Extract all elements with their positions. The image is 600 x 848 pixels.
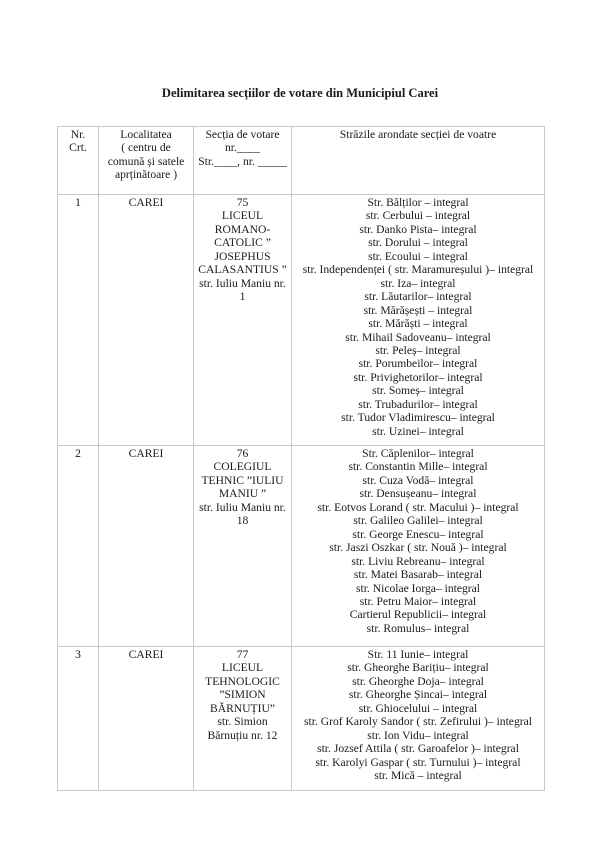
street-entry: Str. Bălților – integral [294,196,542,209]
street-entry: str. Matei Basarab– integral [294,568,542,581]
street-entry: str. Trubadurilor– integral [294,398,542,411]
table-row: 1CAREI75LICEULROMANO-CATOLIC ”JOSEPHUSCA… [58,195,545,446]
section-info-line: CALASANTIUS ” [196,263,289,276]
section-info-line: 75 [196,196,289,209]
street-entry: str. Uzinei– integral [294,425,542,438]
locality-name: CAREI [101,196,191,209]
page-title: Delimitarea secțiilor de votare din Muni… [0,86,600,101]
row-number: 3 [60,648,96,661]
section-info-line: Bărnuțiu nr. 12 [196,729,289,742]
street-entry: str. Karolyi Gaspar ( str. Turnului )– i… [294,756,542,769]
street-entry: str. Gheorghe Barițiu– integral [294,661,542,674]
header-localitate: Localitatea ( centru de comună și satele… [99,127,194,195]
header-sectie-votare: Secția de votare nr.____ Str.____, nr. _… [194,127,292,195]
section-info-line: MANIU ” [196,487,289,500]
street-entry: Cartierul Republicii– integral [294,608,542,621]
table-row: 3CAREI77LICEULTEHNOLOGIC”SIMIONBĂRNUȚIU”… [58,647,545,791]
street-entry: str. Constantin Mille– integral [294,460,542,473]
street-entry: str. Cuza Vodă– integral [294,474,542,487]
street-entry: str. Dorului – integral [294,236,542,249]
row-number: 2 [60,447,96,460]
street-entry: str. Eotvos Lorand ( str. Macului )– int… [294,501,542,514]
street-entry: str. Mărășești – integral [294,304,542,317]
table-row: 2CAREI76COLEGIULTEHNIC ”IULIUMANIU ”str.… [58,446,545,647]
table-body: 1CAREI75LICEULROMANO-CATOLIC ”JOSEPHUSCA… [58,195,545,791]
street-entry: str. Grof Karoly Sandor ( str. Zefirului… [294,715,542,728]
cell-strazi: Str. Bălților – integralstr. Cerbului – … [292,195,545,446]
street-entry: str. Mihail Sadoveanu– integral [294,331,542,344]
street-entry: str. Porumbeilor– integral [294,357,542,370]
street-entry: str. Privighetorilor– integral [294,371,542,384]
section-info-line: 18 [196,514,289,527]
street-entry: str. Romulus– integral [294,622,542,635]
street-entry: str. Ion Vidu– integral [294,729,542,742]
street-entry: str. Cerbului – integral [294,209,542,222]
cell-sectie-votare: 75LICEULROMANO-CATOLIC ”JOSEPHUSCALASANT… [194,195,292,446]
street-entry: str. George Enescu– integral [294,528,542,541]
cell-localitate: CAREI [99,647,194,791]
street-entry: str. Tudor Vladimirescu– integral [294,411,542,424]
street-entry: str. Danko Pista– integral [294,223,542,236]
section-info-line: ROMANO- [196,223,289,236]
section-info-line: LICEUL [196,661,289,674]
section-info-line: str. Iuliu Maniu nr. [196,501,289,514]
street-entry: str. Someș– integral [294,384,542,397]
cell-strazi: Str. Căplenilor– integralstr. Constantin… [292,446,545,647]
cell-strazi: Str. 11 Iunie– integralstr. Gheorghe Bar… [292,647,545,791]
section-info-line: 77 [196,648,289,661]
street-entry: str. Gheorghe Doja– integral [294,675,542,688]
header-nr-crt: Nr. Crt. [58,127,99,195]
header-strazi-arondate: Străzile arondate secției de voatre [292,127,545,195]
street-entry: str. Ecoului – integral [294,250,542,263]
polling-sections-table: Nr. Crt. Localitatea ( centru de comună … [57,126,545,791]
street-entry: Str. 11 Iunie– integral [294,648,542,661]
street-entry: str. Densușeanu– integral [294,487,542,500]
street-entry: str. Gheorghe Șincai– integral [294,688,542,701]
street-entry: str. Independenței ( str. Maramureșului … [294,263,542,276]
cell-localitate: CAREI [99,195,194,446]
street-entry: str. Jaszi Oszkar ( str. Nouă )– integra… [294,541,542,554]
street-entry: str. Iza– integral [294,277,542,290]
section-info-line: TEHNIC ”IULIU [196,474,289,487]
locality-name: CAREI [101,648,191,661]
section-info-line: BĂRNUȚIU” [196,702,289,715]
street-entry: str. Ghiocelului – integral [294,702,542,715]
section-info-line: COLEGIUL [196,460,289,473]
section-info-line: CATOLIC ” [196,236,289,249]
street-entry: str. Galileo Galilei– integral [294,514,542,527]
street-entry: str. Petru Maior– integral [294,595,542,608]
section-info-line: str. Simion [196,715,289,728]
street-entry: str. Mică – integral [294,769,542,782]
street-entry: Str. Căplenilor– integral [294,447,542,460]
street-entry: str. Nicolae Iorga– integral [294,582,542,595]
section-info-line: TEHNOLOGIC [196,675,289,688]
street-entry: str. Mărăști – integral [294,317,542,330]
cell-sectie-votare: 77LICEULTEHNOLOGIC”SIMIONBĂRNUȚIU”str. S… [194,647,292,791]
cell-sectie-votare: 76COLEGIULTEHNIC ”IULIUMANIU ”str. Iuliu… [194,446,292,647]
street-entry: str. Lăutarilor– integral [294,290,542,303]
section-info-line: LICEUL [196,209,289,222]
section-info-line: ”SIMION [196,688,289,701]
street-entry: str. Peleș– integral [294,344,542,357]
section-info-line: 76 [196,447,289,460]
section-info-line: JOSEPHUS [196,250,289,263]
row-number: 1 [60,196,96,209]
street-entry: str. Liviu Rebreanu– integral [294,555,542,568]
street-entry: str. Jozsef Attila ( str. Garoafelor )– … [294,742,542,755]
table-header-row: Nr. Crt. Localitatea ( centru de comună … [58,127,545,195]
section-info-line: str. Iuliu Maniu nr. [196,277,289,290]
cell-nr-crt: 3 [58,647,99,791]
section-info-line: 1 [196,290,289,303]
locality-name: CAREI [101,447,191,460]
cell-nr-crt: 2 [58,446,99,647]
cell-nr-crt: 1 [58,195,99,446]
cell-localitate: CAREI [99,446,194,647]
